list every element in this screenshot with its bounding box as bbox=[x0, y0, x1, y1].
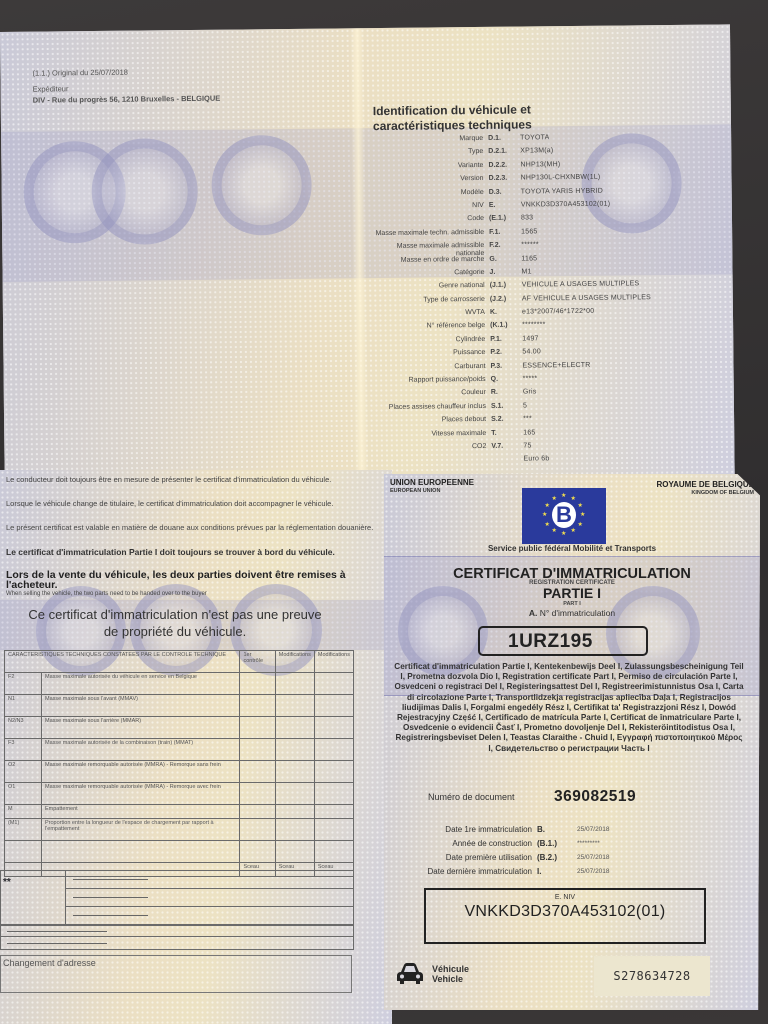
date-value: 25/07/2018 bbox=[577, 854, 610, 861]
spec-label: Rapport puissance/poids bbox=[376, 376, 491, 385]
spec-code: P.1. bbox=[490, 335, 522, 342]
spec-code: G. bbox=[489, 255, 521, 262]
spec-code: S.2. bbox=[491, 416, 523, 423]
paper-fold bbox=[350, 28, 369, 498]
registration-code: A. bbox=[529, 608, 538, 618]
date-row: Année de construction(B.1.)********* bbox=[390, 836, 720, 850]
notice-text: Lorsque le véhicule change de titulaire,… bbox=[6, 500, 376, 509]
star-icon: ★ bbox=[542, 512, 547, 518]
row-label bbox=[42, 841, 240, 863]
spec-label: Cylindrée bbox=[375, 336, 490, 345]
date-label: Date dernière immatriculation bbox=[390, 867, 537, 876]
inspection-cell bbox=[275, 739, 314, 761]
original-line: (1.1.) Original du 25/07/2018 bbox=[32, 66, 220, 79]
inspection-cell bbox=[314, 805, 353, 819]
spec-code: J. bbox=[490, 268, 522, 275]
notice-text: Lors de la vente du véhicule, les deux p… bbox=[6, 570, 376, 590]
date-row: Date 1re immatriculationB.25/07/2018 bbox=[390, 822, 720, 836]
inspection-cell bbox=[240, 695, 275, 717]
part-title-en: PART I bbox=[384, 601, 760, 607]
notice-text: Le conducteur doit toujours être en mesu… bbox=[6, 476, 376, 485]
part-title: PARTIE I bbox=[384, 585, 760, 601]
spec-label: Catégorie bbox=[375, 269, 490, 278]
table-header: CARACTERISTIQUES TECHNIQUES CONSTATEES P… bbox=[5, 651, 240, 673]
notice-text: Le présent certificat est valable en mat… bbox=[6, 524, 376, 533]
inspection-cell bbox=[275, 673, 314, 695]
spec-value: TOYOTA YARIS HYBRID bbox=[521, 186, 704, 195]
spec-value: M1 bbox=[522, 267, 705, 276]
spec-value: *** bbox=[523, 414, 706, 423]
spec-label: NIV bbox=[374, 202, 489, 211]
date-value: 25/07/2018 bbox=[577, 826, 610, 833]
notice-text: Le certificat d'immatriculation Partie I… bbox=[6, 548, 376, 557]
spec-label: Couleur bbox=[376, 389, 491, 398]
table-row: N2/N3Masse maximale sous l'arrière (MMAR… bbox=[5, 717, 354, 739]
date-code: (B.1.) bbox=[537, 839, 577, 848]
row-label: Masse maximale autorisée de la combinais… bbox=[42, 739, 240, 761]
address-change-field: Changement d'adresse bbox=[0, 955, 352, 993]
spec-value: ESSENCE+ELECTR bbox=[522, 360, 705, 369]
vehicle-identification-sheet: (1.1.) Original du 25/07/2018 Expéditeur… bbox=[0, 24, 735, 502]
spec-label: Type bbox=[373, 148, 488, 157]
inspection-cell bbox=[240, 841, 275, 863]
blank-line bbox=[73, 897, 148, 898]
spec-code: P.3. bbox=[490, 362, 522, 369]
spec-value: 1165 bbox=[521, 253, 704, 262]
registration-dates: Date 1re immatriculationB.25/07/2018Anné… bbox=[390, 822, 720, 878]
date-value: ********* bbox=[577, 840, 600, 847]
row-code: M bbox=[5, 805, 42, 819]
eu-label-en: EUROPEAN UNION bbox=[390, 487, 474, 496]
inspection-cell bbox=[240, 717, 275, 739]
inspection-cell bbox=[314, 783, 353, 805]
spec-value: Euro 6b bbox=[523, 454, 706, 463]
spec-label: Modèle bbox=[374, 188, 489, 197]
inspection-cell bbox=[275, 805, 314, 819]
wheel-watermark bbox=[211, 135, 312, 236]
registration-number: 1URZ195 bbox=[478, 626, 648, 656]
document-number: 369082519 bbox=[554, 788, 636, 806]
spec-code: D.2.1. bbox=[488, 148, 520, 155]
car-icon bbox=[396, 962, 424, 986]
row-label: Masse maximale remorquable autorisée (MM… bbox=[42, 783, 240, 805]
table-row: MEmpattement bbox=[5, 805, 354, 819]
blank-line bbox=[7, 943, 107, 944]
spec-value: 1565 bbox=[521, 226, 704, 235]
spec-value: AF VEHICULE A USAGES MULTIPLES bbox=[522, 293, 705, 302]
spec-value: e13*2007/46*1722*00 bbox=[522, 307, 705, 316]
table-row: O2Masse maximale remorquable autorisée (… bbox=[5, 761, 354, 783]
blank-line bbox=[7, 931, 107, 932]
spec-value: XP13M(a) bbox=[520, 146, 703, 155]
date-row: Date première utilisation(B.2.)25/07/201… bbox=[390, 850, 720, 864]
inspection-cell bbox=[314, 695, 353, 717]
spec-label: Genre national bbox=[375, 282, 490, 291]
star-icon: ★ bbox=[545, 522, 550, 528]
technical-control-table: CARACTERISTIQUES TECHNIQUES CONSTATEES P… bbox=[4, 650, 354, 877]
inspection-cell bbox=[314, 739, 353, 761]
table-row bbox=[5, 841, 354, 863]
kingdom-label: ROYAUME DE BELGIQUE KINGDOM OF BELGIUM bbox=[657, 480, 755, 498]
spec-label: Puissance bbox=[375, 349, 490, 358]
spec-value: NHP130L-CHXNBW(1L) bbox=[521, 173, 704, 182]
row-code: F3 bbox=[5, 739, 42, 761]
spec-label: Places debout bbox=[376, 416, 491, 425]
spec-label: Places assises chauffeur inclus bbox=[376, 403, 491, 412]
registration-certificate-part-1: UNION EUROPEENNE EUROPEAN UNION ROYAUME … bbox=[384, 474, 760, 1010]
proof-note: Ce certificat d'immatriculation n'est pa… bbox=[20, 606, 330, 640]
spec-code: (J.1.) bbox=[490, 282, 522, 289]
technical-control-sheet: Le conducteur doit toujours être en mesu… bbox=[0, 470, 392, 1024]
registration-number-label: A. N° d'immatriculation bbox=[384, 608, 760, 618]
spec-code: F.1. bbox=[489, 228, 521, 235]
date-code: I. bbox=[537, 867, 577, 876]
row-code: N1 bbox=[5, 695, 42, 717]
spec-value: ***** bbox=[523, 374, 706, 383]
inspection-cell bbox=[275, 841, 314, 863]
row-code: F2 bbox=[5, 673, 42, 695]
star-icon: ★ bbox=[577, 522, 582, 528]
table-header: Modifications bbox=[275, 651, 314, 673]
spec-label: Masse maximale techn. admissible bbox=[374, 229, 489, 238]
spec-label: N° référence belge bbox=[375, 322, 490, 331]
spec-code: (J.2.) bbox=[490, 295, 522, 302]
inspection-cell bbox=[240, 819, 275, 841]
row-label: Empattement bbox=[42, 805, 240, 819]
spec-value: VNKKD3D370A453102(01) bbox=[521, 200, 704, 209]
vehicle-label: Véhicule Vehicle bbox=[432, 964, 469, 984]
spec-code: F.2. bbox=[489, 242, 521, 249]
spec-label: WVTA bbox=[375, 309, 490, 318]
spec-value: TOYOTA bbox=[520, 133, 703, 142]
row-label: Masse maximale sous l'arrière (MMAR) bbox=[42, 717, 240, 739]
row-label: Proportion entre la longueur de l'espace… bbox=[42, 819, 240, 841]
star-icon: ★ bbox=[545, 503, 550, 509]
eu-label-fr: UNION EUROPEENNE bbox=[390, 478, 474, 487]
table-header: 1er contrôle bbox=[240, 651, 275, 673]
spec-value: 5 bbox=[523, 400, 706, 409]
wheel-watermark bbox=[91, 138, 198, 245]
inspection-cell bbox=[314, 717, 353, 739]
star-icon: ★ bbox=[580, 512, 585, 518]
inspection-cell bbox=[275, 819, 314, 841]
row-code: O1 bbox=[5, 783, 42, 805]
spec-value: VEHICULE A USAGES MULTIPLES bbox=[522, 280, 705, 289]
spec-label: Marque bbox=[373, 135, 488, 144]
star-icon: ★ bbox=[571, 496, 576, 502]
row-label: Masse maximale remorquable autorisée (MM… bbox=[42, 761, 240, 783]
eu-flag-icon: B ★★★★★★★★★★★★ bbox=[522, 488, 606, 544]
spec-row: Euro 6b bbox=[376, 454, 706, 471]
star-icon: ★ bbox=[561, 493, 566, 499]
country-letter: B bbox=[552, 502, 576, 528]
inspection-cell bbox=[275, 783, 314, 805]
spec-code: D.1. bbox=[488, 135, 520, 142]
spec-value: 1497 bbox=[522, 333, 705, 342]
date-value: 25/07/2018 bbox=[577, 868, 610, 875]
date-code: B. bbox=[537, 825, 577, 834]
spec-code: P.2. bbox=[490, 349, 522, 356]
inspection-cell bbox=[240, 783, 275, 805]
star-icon: ★ bbox=[552, 528, 557, 534]
star-icon: ★ bbox=[561, 531, 566, 537]
date-label: Date première utilisation bbox=[390, 853, 537, 862]
date-code: (B.2.) bbox=[537, 853, 577, 862]
spec-label bbox=[376, 456, 491, 457]
table-row: N1Masse maximale sous l'avant (MMAV) bbox=[5, 695, 354, 717]
row-code: O2 bbox=[5, 761, 42, 783]
spec-value: ******** bbox=[522, 320, 705, 329]
table-row: F3Masse maximale autorisée de la combina… bbox=[5, 739, 354, 761]
spec-value: NHP13(MH) bbox=[520, 159, 703, 168]
row-label: Masse maximale sous l'avant (MMAV) bbox=[42, 695, 240, 717]
row-code bbox=[5, 841, 42, 863]
table-row: O1Masse maximale remorquable autorisée (… bbox=[5, 783, 354, 805]
sender-address: DIV - Rue du progrès 56, 1210 Bruxelles … bbox=[33, 93, 221, 106]
spec-code: R. bbox=[491, 389, 523, 396]
spec-code: (K.1.) bbox=[490, 322, 522, 329]
star-icon: ★ bbox=[577, 503, 582, 509]
spec-code: D.2.3. bbox=[489, 175, 521, 182]
spec-label: Masse en ordre de marche bbox=[374, 255, 489, 264]
spec-label: Version bbox=[374, 175, 489, 184]
date-label: Année de construction bbox=[390, 839, 537, 848]
inspection-cell bbox=[240, 761, 275, 783]
blank-line bbox=[73, 879, 148, 880]
table-row: F2Masse maximale autorisée du véhicule e… bbox=[5, 673, 354, 695]
date-label: Date 1re immatriculation bbox=[390, 825, 537, 834]
kingdom-label-fr: ROYAUME DE BELGIQUE bbox=[657, 480, 755, 489]
spec-value: Gris bbox=[523, 387, 706, 396]
spec-value: 833 bbox=[521, 213, 704, 222]
spec-label: Code bbox=[374, 215, 489, 224]
inspection-cell bbox=[275, 695, 314, 717]
spec-label: Variante bbox=[373, 162, 488, 171]
spec-code: D.2.2. bbox=[488, 161, 520, 168]
registration-label-text: N° d'immatriculation bbox=[540, 608, 615, 618]
inspection-cell bbox=[240, 739, 275, 761]
kingdom-label-en: KINGDOM OF BELGIUM bbox=[657, 489, 755, 498]
spec-label: Vitesse maximale bbox=[376, 429, 491, 438]
spec-label: CO2 bbox=[376, 443, 491, 452]
date-row: Date dernière immatriculationI.25/07/201… bbox=[390, 864, 720, 878]
serial-number: S278634728 bbox=[594, 956, 710, 996]
spec-value: 75 bbox=[523, 441, 706, 450]
inspection-cell bbox=[275, 717, 314, 739]
spec-code: K. bbox=[490, 309, 522, 316]
spec-code: Q. bbox=[491, 376, 523, 383]
stars-mark: ** bbox=[3, 877, 11, 888]
issuing-service: Service public fédéral Mobilité et Trans… bbox=[384, 544, 760, 553]
notice-text-en: When selling the vehicle, the two parts … bbox=[6, 590, 376, 599]
table-header: Modifications bbox=[314, 651, 353, 673]
spec-code: (E.1.) bbox=[489, 215, 521, 222]
spec-value: ****** bbox=[521, 240, 704, 249]
document-number-label: Numéro de document bbox=[428, 792, 515, 802]
sender-info: (1.1.) Original du 25/07/2018 Expéditeur… bbox=[32, 66, 220, 106]
vin-box: E. NIV VNKKD3D370A453102(01) bbox=[424, 888, 706, 944]
inspection-cell bbox=[275, 761, 314, 783]
vin-value: VNKKD3D370A453102(01) bbox=[426, 903, 704, 921]
section-title: Identification du véhicule et caractéris… bbox=[373, 102, 593, 134]
table-row: (M1)Proportion entre la longueur de l'es… bbox=[5, 819, 354, 841]
inspection-cell bbox=[314, 841, 353, 863]
spec-code: V.7. bbox=[491, 443, 523, 450]
vin-label: E. NIV bbox=[426, 894, 704, 901]
inspection-cell bbox=[240, 673, 275, 695]
signature-box bbox=[0, 924, 354, 950]
inspection-cell bbox=[314, 761, 353, 783]
spec-code: D.3. bbox=[489, 188, 521, 195]
spec-code: T. bbox=[491, 429, 523, 436]
spec-list: MarqueD.1.TOYOTATypeD.2.1.XP13M(a)Varian… bbox=[373, 133, 706, 471]
blank-line bbox=[73, 915, 148, 916]
spec-value: 165 bbox=[523, 427, 706, 436]
inspection-cell bbox=[240, 805, 275, 819]
vehicle-label-fr: Véhicule bbox=[432, 964, 469, 974]
row-code: (M1) bbox=[5, 819, 42, 841]
multilingual-title: Certificat d'immatriculation Partie I, K… bbox=[394, 662, 744, 754]
inspection-cell bbox=[314, 819, 353, 841]
row-label: Masse maximale autorisée du véhicule en … bbox=[42, 673, 240, 695]
spec-code: S.1. bbox=[491, 402, 523, 409]
spec-label: Carburant bbox=[375, 363, 490, 372]
star-icon: ★ bbox=[552, 496, 557, 502]
spec-label: Type de carrosserie bbox=[375, 296, 490, 305]
spec-code: E. bbox=[489, 202, 521, 209]
signature-box: ** bbox=[0, 870, 354, 926]
eu-label: UNION EUROPEENNE EUROPEAN UNION bbox=[390, 478, 474, 496]
vehicle-label-en: Vehicle bbox=[432, 974, 469, 984]
spec-value: 54.00 bbox=[522, 347, 705, 356]
inspection-cell bbox=[314, 673, 353, 695]
star-icon: ★ bbox=[571, 528, 576, 534]
row-code: N2/N3 bbox=[5, 717, 42, 739]
